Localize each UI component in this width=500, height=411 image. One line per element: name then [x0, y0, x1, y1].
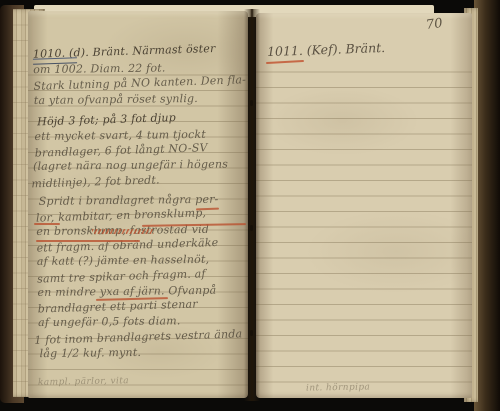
- handwriting-line: 1 fot inom brandlagrets vestra ända: [34, 327, 242, 348]
- ruled-lines-right: [256, 57, 472, 392]
- handwriting-line: midtlinje), 2 fot bredt.: [31, 173, 160, 191]
- pencil-note-right: int. hörnpipa: [306, 382, 370, 393]
- notebook-scan: 1010. (d). Bränt. Närmast öster om 1002.…: [0, 0, 500, 411]
- handwriting-line: låg 1/2 kuf. mynt.: [40, 346, 142, 361]
- red-underline-mark: [36, 240, 140, 242]
- handwriting-line: af ungefär 0,5 fots diam.: [38, 314, 181, 330]
- handwriting-line: Höjd 3 fot; på 3 fot djup: [37, 111, 176, 129]
- handwriting-line: af katt (?) jämte en hasselnöt,: [37, 253, 210, 269]
- pencil-note-left: kampl. pärlor, vita: [38, 376, 129, 388]
- page-number: 70: [425, 16, 443, 33]
- right-page: [256, 13, 472, 398]
- handwriting-line: ta ytan ofvanpå röset synlig.: [34, 92, 198, 108]
- red-hatch-mark: [92, 229, 154, 234]
- stitch-thread: [250, 100, 253, 106]
- red-underline-mark: [34, 223, 60, 225]
- handwriting-line: (lagret nära nog ungefär i högens: [33, 158, 228, 174]
